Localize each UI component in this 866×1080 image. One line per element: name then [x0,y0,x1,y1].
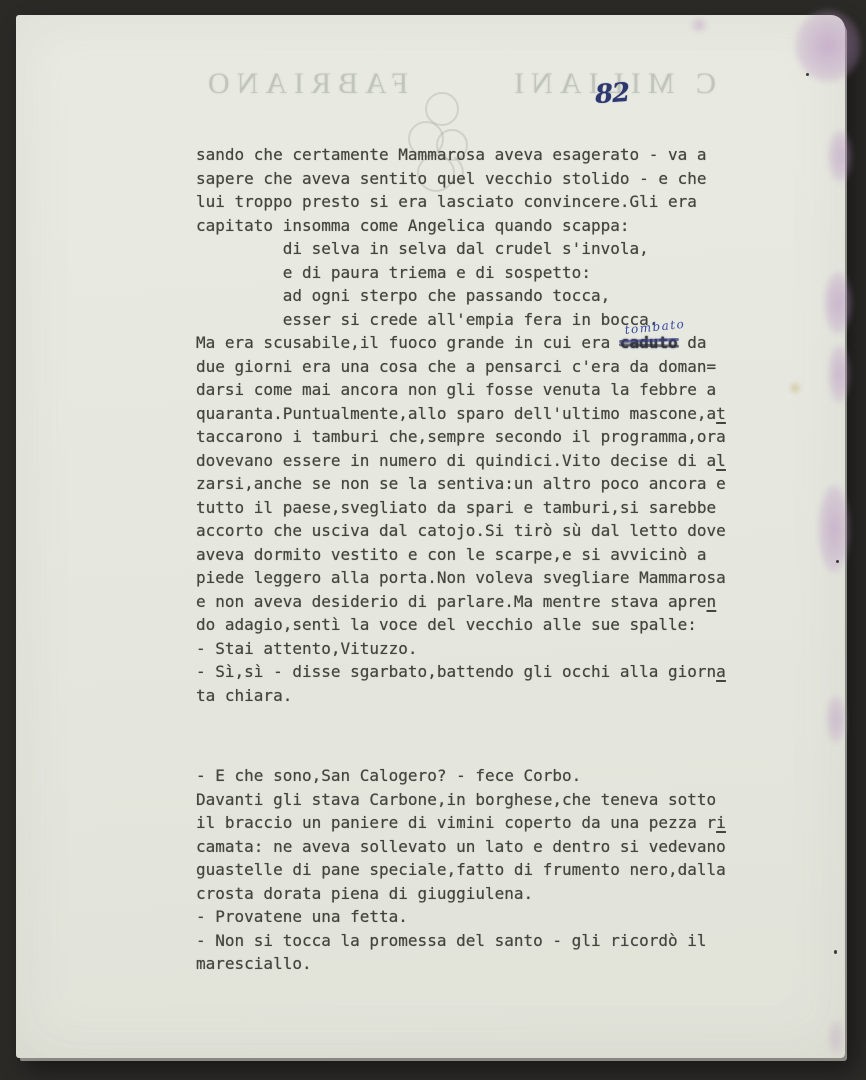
typed-text: esser si crede all'empia fera in bocca. [196,310,658,329]
typed-line: accorto che usciva dal catojo.Si tirò sù… [196,519,726,543]
typed-line: Ma era scusabile,il fuoco grande in cui … [196,331,726,355]
page-number: 82 [594,78,630,110]
typed-text: aveva dormito vestito e con le scarpe,e … [196,545,707,564]
typed-text: maresciallo. [196,954,312,973]
paper-watermark: C MILIANI FABRIANO [201,67,716,101]
typed-text: ta chiara. [196,686,292,705]
ink-stain [790,383,800,393]
typed-line: crosta dorata piena di giuggiulena. [196,882,726,906]
typed-line: sapere che aveva sentito quel vecchio st… [196,167,726,191]
paragraph-gap [196,707,726,764]
typed-line: piede leggero alla porta.Non voleva sveg… [196,566,726,590]
typed-text: due giorni era una cosa che a pensarci c… [196,357,716,376]
typed-line: Davanti gli stava Carbone,in borghese,ch… [196,788,726,812]
typed-line: e non aveva desiderio di parlare.Ma ment… [196,590,726,614]
typed-text: crosta dorata piena di giuggiulena. [196,884,533,903]
ink-stain [692,18,706,32]
typed-line: do adagio,sentì la voce del vecchio alle… [196,613,726,637]
underlined-letter: l [716,451,726,470]
typed-text: darsi come mai ancora non gli fosse venu… [196,380,716,399]
typed-line: e di paura triema e di sospetto: [196,261,726,285]
handwritten-correction: tombato [623,313,686,343]
typed-text-block: sando che certamente Mammarosa aveva esa… [196,143,726,976]
typed-text: quaranta.Puntualmente,allo sparo dell'ul… [196,404,716,423]
typed-text: accorto che usciva dal catojo.Si tirò sù… [196,521,726,540]
typed-line: - E che sono,San Calogero? - fece Corbo. [196,764,726,788]
typed-text: - Provatene una fetta. [196,907,408,926]
typed-line: due giorni era una cosa che a pensarci c… [196,355,726,379]
typed-line: guastelle di pane speciale,fatto di frum… [196,858,726,882]
typed-text: il braccio un paniere di vimini coperto … [196,813,716,832]
typed-text: do adagio,sentì la voce del vecchio alle… [196,615,697,634]
typed-text: capitato insomma come Angelica quando sc… [196,216,629,235]
typed-line: dovevano essere in numero di quindici.Vi… [196,449,726,473]
manuscript-page: C MILIANI FABRIANO 82 sando che certamen… [16,15,845,1058]
typed-line: darsi come mai ancora non gli fosse venu… [196,378,726,402]
typed-text: e non aveva desiderio di parlare.Ma ment… [196,592,707,611]
underlined-letter: n [707,592,717,611]
typed-line: - Stai attento,Vituzzo. [196,637,726,661]
typed-text: sapere che aveva sentito quel vecchio st… [196,169,707,188]
typed-line: - Provatene una fetta. [196,905,726,929]
typed-text: piede leggero alla porta.Non voleva sveg… [196,568,726,587]
typed-line: sando che certamente Mammarosa aveva esa… [196,143,726,167]
typed-line: tutto il paese,svegliato da spari e tamb… [196,496,726,520]
typed-text: Ma era scusabile,il fuoco grande in cui … [196,333,620,352]
underlined-letter: t [716,404,726,423]
typed-text: dovevano essere in numero di quindici.Vi… [196,451,716,470]
ink-stain [828,130,852,182]
typed-line: il braccio un paniere di vimini coperto … [196,811,726,835]
typed-text: - Stai attento,Vituzzo. [196,639,418,658]
typed-text: ad ogni sterpo che passando tocca, [196,286,610,305]
typed-text: - Non si tocca la promessa del santo - g… [196,931,707,950]
underlined-letter: i [716,813,726,832]
typed-text: tutto il paese,svegliato da spari e tamb… [196,498,716,517]
typed-text: guastelle di pane speciale,fatto di frum… [196,860,726,879]
typed-line: taccarono i tamburi che,sempre secondo i… [196,425,726,449]
typed-text: e di paura triema e di sospetto: [196,263,591,282]
typed-text: Davanti gli stava Carbone,in borghese,ch… [196,790,716,809]
dark-speck [806,73,809,76]
typed-line: capitato insomma come Angelica quando sc… [196,214,726,238]
typed-line: aveva dormito vestito e con le scarpe,e … [196,543,726,567]
dark-speck [834,950,837,954]
ink-stain [828,345,850,403]
watermark-text-right: FABRIANO [201,67,408,101]
typed-line: - Non si tocca la promessa del santo - g… [196,929,726,953]
ink-stain [826,695,846,743]
typed-line: maresciallo. [196,952,726,976]
typed-text: - E che sono,San Calogero? - fece Corbo. [196,766,581,785]
ink-stain [795,10,861,82]
underlined-letter: a [716,662,726,681]
dark-speck [836,560,839,563]
typed-text: taccarono i tamburi che,sempre secondo i… [196,427,726,446]
typed-text: - Sì,sì - disse sgarbato,battendo gli oc… [196,662,716,681]
typed-line: camata: ne aveva sollevato un lato e den… [196,835,726,859]
ink-stain [824,272,852,334]
typed-line: di selva in selva dal crudel s'invola, [196,237,726,261]
typed-line: - Sì,sì - disse sgarbato,battendo gli oc… [196,660,726,684]
typed-line: zarsi,anche se non se la sentiva:un altr… [196,472,726,496]
typed-text: zarsi,anche se non se la sentiva:un altr… [196,474,726,493]
typed-text: camata: ne aveva sollevato un lato e den… [196,837,726,856]
typed-line: quaranta.Puntualmente,allo sparo dell'ul… [196,402,726,426]
typed-text: lui troppo presto si era lasciato convin… [196,192,697,211]
ink-stain [828,1020,844,1054]
typed-line: lui troppo presto si era lasciato convin… [196,190,726,214]
typed-line: ad ogni sterpo che passando tocca, [196,284,726,308]
ink-stain [818,485,850,573]
typed-line: ta chiara. [196,684,726,708]
typed-text: sando che certamente Mammarosa aveva esa… [196,145,707,164]
typed-text: di selva in selva dal crudel s'invola, [196,239,649,258]
struck-word: cadutotombato [620,333,678,352]
